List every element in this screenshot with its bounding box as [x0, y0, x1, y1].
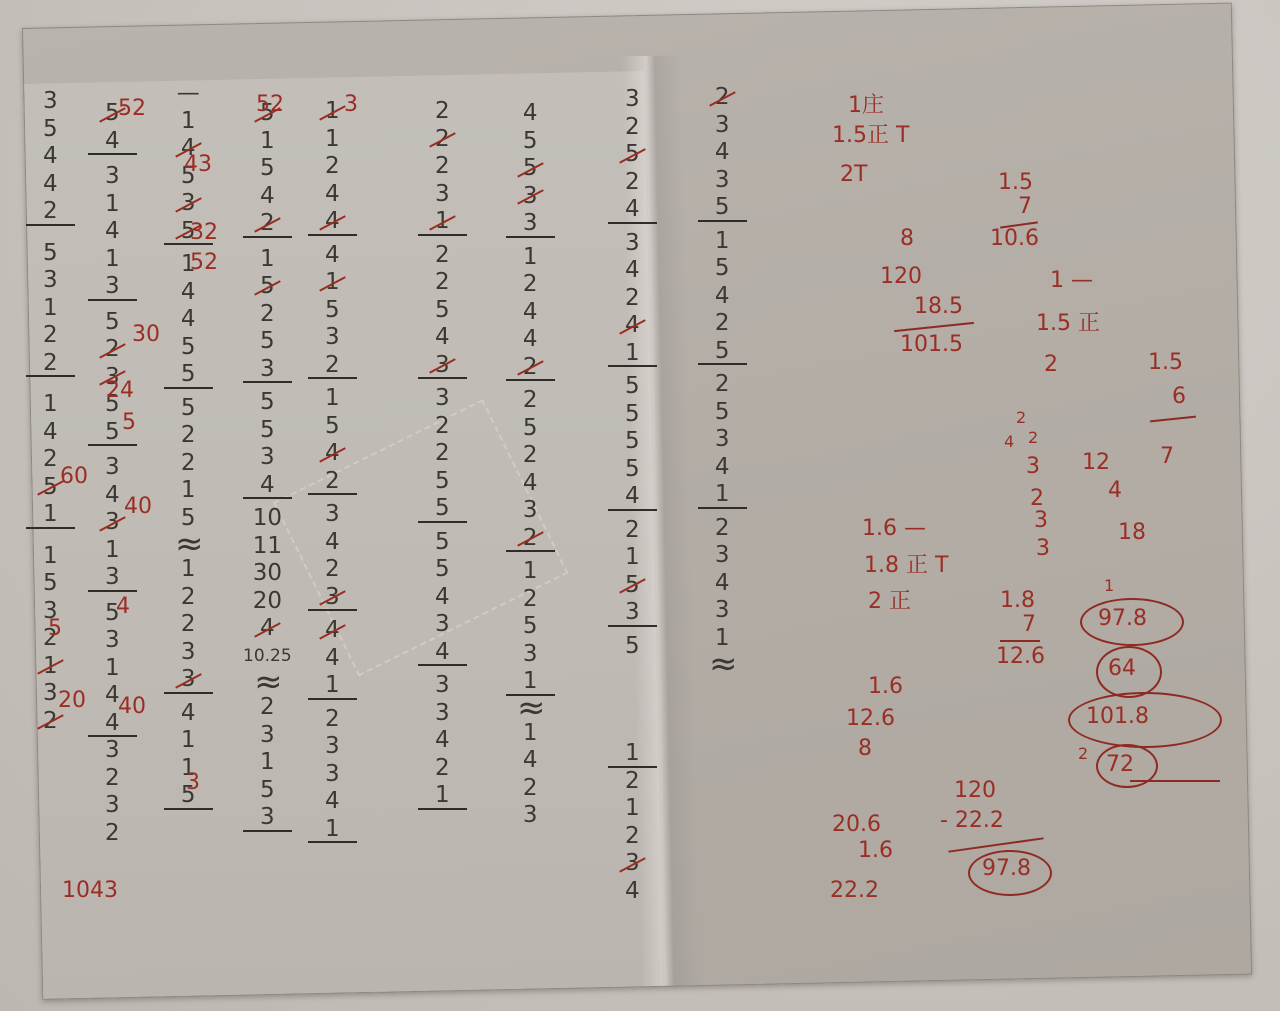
digit: 5 [322, 297, 343, 325]
digit: 5 [622, 141, 643, 169]
digit: 1 [40, 391, 61, 419]
calc-line: 10.6 [990, 226, 1039, 251]
tally-line: 1.6 — [862, 516, 926, 541]
digit: 4 [520, 100, 541, 128]
digit: 5 [622, 572, 643, 600]
digit: 3 [322, 584, 343, 612]
digit: 2 [257, 210, 278, 238]
calc-line: 2 [1016, 408, 1026, 427]
calc-line: 8 [900, 226, 914, 251]
digit: 1 [102, 191, 123, 219]
digit: 4 [322, 242, 343, 270]
digit: 2 [322, 556, 343, 584]
digit: 1 [102, 655, 123, 683]
digit: 2 [102, 820, 123, 848]
digit: 3 [322, 733, 343, 761]
digit: 3 [622, 86, 643, 114]
digit: 1 [178, 556, 199, 584]
digit: 5 [712, 338, 733, 366]
digit: 2 [178, 450, 199, 478]
score-column-4: 5 1 5 4 2 1 5 2 5 3 5 5 3 4 10 11 30 20 … [240, 100, 295, 832]
digit: 2 [322, 153, 343, 181]
digit: 3 [520, 210, 541, 238]
digit: 4 [257, 615, 278, 643]
calc-line: 120 [880, 264, 922, 289]
digit: 5 [257, 417, 278, 445]
calc-line: 101.5 [900, 332, 963, 357]
digit: 1 [257, 749, 278, 777]
digit: 2 [520, 775, 541, 803]
calc-line: 1.8 [1000, 588, 1035, 613]
score-column-7: 4 5 5 3 3 1 2 4 4 2 2 5 2 4 3 2 1 2 5 3 … [514, 100, 547, 830]
tally-line: 2T [840, 162, 867, 187]
digit: 4 [322, 788, 343, 816]
digit: 4 [712, 139, 733, 167]
digit: 5 [712, 399, 733, 427]
score-column-6: 2 2 2 3 1 2 2 5 4 3 3 2 2 5 5 5 5 4 3 4 … [432, 98, 453, 810]
red-mark: 20 [58, 688, 86, 713]
digit: 3 [178, 666, 199, 694]
digit: 4 [520, 326, 541, 354]
calc-line: 2 [1028, 428, 1038, 447]
tally-line: 2 [1044, 352, 1058, 377]
totals-side: 2 [1078, 744, 1088, 763]
digit: 2 [712, 310, 733, 338]
digit: 5 [40, 116, 61, 144]
digit: 3 [622, 230, 643, 258]
digit: 3 [712, 167, 733, 195]
digit: 5 [178, 395, 199, 423]
digit: 5 [432, 495, 453, 523]
red-mark: 30 [132, 322, 160, 347]
digit: 3 [102, 737, 123, 765]
digit: 1 [40, 501, 61, 529]
digit: 4 [432, 639, 453, 667]
digit: 1 [257, 128, 278, 156]
digit: 3 [102, 627, 123, 655]
totals-top: 1 [1104, 576, 1114, 595]
digit: 4 [178, 306, 199, 334]
digit: 2 [712, 515, 733, 543]
digit: 1 [520, 720, 541, 748]
digit: 1 [622, 740, 643, 768]
digit: 3 [322, 501, 343, 529]
score-column-5: 1 1 2 4 4 4 1 5 3 2 1 5 4 2 3 4 2 3 4 4 … [322, 98, 343, 843]
digit: 4 [102, 482, 123, 510]
digit: 3 [520, 497, 541, 525]
digit: 1 [40, 653, 61, 681]
calc-line: 7 [1018, 194, 1032, 219]
red-mark: 3 [344, 92, 358, 117]
digit: 3 [102, 564, 123, 592]
digit: 4 [257, 183, 278, 211]
digit: 4 [712, 570, 733, 598]
tally-line: 1.5 正 [1036, 306, 1100, 337]
tally-line: 1庄 [848, 88, 884, 119]
digit: 4 [322, 208, 343, 236]
digit: 1 [322, 385, 343, 413]
wave-divider-icon: ≈ [514, 696, 547, 720]
digit: 1 [102, 246, 123, 274]
digit: 3 [622, 850, 643, 878]
digit: 2 [178, 611, 199, 639]
red-mark: 60 [60, 464, 88, 489]
digit: 3 [322, 324, 343, 352]
digit: 2 [520, 525, 541, 553]
digit: 2 [432, 440, 453, 468]
digit: 4 [622, 312, 643, 340]
digit: 4 [322, 645, 343, 673]
calc-line: 1.6 [868, 674, 903, 699]
digit: 2 [102, 765, 123, 793]
digit: 1 [432, 782, 453, 810]
digit: 3 [432, 181, 453, 209]
score-column-3: — 1 4 5 3 5 1 4 4 5 5 5 2 2 1 5 ≈ 1 2 2 … [172, 80, 205, 810]
red-mark: 32 [190, 220, 218, 245]
calc-line: 97.8 [982, 856, 1031, 881]
digit: 5 [178, 361, 199, 389]
digit: 4 [178, 279, 199, 307]
digit: 4 [712, 283, 733, 311]
digit: 3 [40, 267, 61, 295]
digit: 2 [178, 584, 199, 612]
tally-line: 1 — [1050, 268, 1093, 293]
digit: 3 [622, 599, 643, 627]
digit: 5 [712, 255, 733, 283]
digit: 4 [102, 128, 123, 156]
digit: 5 [102, 419, 123, 447]
underline-arrow [1130, 780, 1220, 782]
digit: 3 [432, 611, 453, 639]
digit: 1 [322, 672, 343, 700]
digit: 3 [712, 542, 733, 570]
calc-line: 18 [1118, 520, 1146, 545]
digit: 5 [257, 328, 278, 356]
digit: 4 [622, 257, 643, 285]
digit: 2 [432, 755, 453, 783]
digit: 1 [520, 558, 541, 586]
digit: 1 [322, 126, 343, 154]
tally-line: 1.5正 T [832, 118, 909, 149]
digit: 1 [322, 816, 343, 844]
digit: 2 [520, 586, 541, 614]
calc-line: 22.2 [830, 878, 879, 903]
digit: 1 [432, 208, 453, 236]
digit: 5 [40, 474, 61, 502]
digit: 1 [622, 795, 643, 823]
circled-value: 101.8 [1086, 704, 1149, 729]
digit: 5 [520, 155, 541, 183]
circled-value: 72 [1106, 752, 1134, 777]
red-mark: 4 [116, 594, 130, 619]
digit: 2 [257, 301, 278, 329]
digit: 2 [622, 285, 643, 313]
digit: 1 [178, 108, 199, 136]
digit: 3 [102, 509, 123, 537]
digit: 2 [520, 354, 541, 382]
red-mark: 24 [106, 378, 134, 403]
digit: 2 [40, 350, 61, 378]
calc-line: 6 [1172, 384, 1186, 409]
tally-line: 2 正 [868, 584, 911, 615]
digit: 2 [622, 517, 643, 545]
digit: 5 [178, 334, 199, 362]
digit: 2 [622, 169, 643, 197]
sum-rule [1000, 640, 1040, 642]
digit: 20 [250, 588, 285, 616]
digit: 4 [322, 440, 343, 468]
digit: 1 [622, 544, 643, 572]
digit: 2 [322, 706, 343, 734]
digit: 5 [622, 456, 643, 484]
digit: 1 [712, 228, 733, 256]
digit: 3 [432, 672, 453, 700]
red-mark: 43 [90, 878, 118, 903]
calc-line: 3 [1034, 508, 1048, 533]
calc-side: 4 [1004, 432, 1014, 451]
digit: 5 [622, 428, 643, 456]
digit: 3 [102, 454, 123, 482]
digit: 2 [432, 413, 453, 441]
red-mark: 5 [48, 616, 62, 641]
digit: 4 [322, 617, 343, 645]
digit: 4 [432, 727, 453, 755]
digit: 4 [520, 470, 541, 498]
digit: 5 [40, 570, 61, 598]
calc-line: 1.6 [858, 838, 893, 863]
score-column-8: 3 2 5 2 4 3 4 2 4 1 5 5 5 5 4 2 1 5 3 5 … [622, 86, 643, 905]
digit: 3 [432, 352, 453, 380]
digit: 11 [250, 533, 285, 561]
digit: 5 [520, 128, 541, 156]
digit: 5 [432, 556, 453, 584]
digit: 2 [520, 387, 541, 415]
digit: 5 [322, 413, 343, 441]
tally-line: 1.8 正 T [864, 548, 948, 579]
digit: 5 [622, 401, 643, 429]
digit: 5 [257, 777, 278, 805]
calc-line: 12.6 [846, 706, 895, 731]
digit: 5 [102, 309, 123, 337]
digit: 2 [432, 269, 453, 297]
digit: 5 [432, 297, 453, 325]
red-mark: 3 [186, 770, 200, 795]
digit: 2 [432, 242, 453, 270]
digit: 2 [622, 768, 643, 796]
digit: 3 [520, 641, 541, 669]
digit: 30 [250, 560, 285, 588]
digit: 4 [40, 171, 61, 199]
digit: 5 [520, 415, 541, 443]
red-mark: 52 [118, 96, 146, 121]
digit: 3 [520, 183, 541, 211]
digit: 3 [178, 639, 199, 667]
digit: 4 [432, 584, 453, 612]
digit: 4 [520, 747, 541, 775]
calc-line: 12.6 [996, 644, 1045, 669]
digit: 5 [257, 155, 278, 183]
digit: 1 [322, 269, 343, 297]
red-mark: 5 [122, 410, 136, 435]
digit: 2 [40, 446, 61, 474]
digit: 2 [432, 153, 453, 181]
calc-line: 18.5 [914, 294, 963, 319]
digit: 3 [102, 273, 123, 301]
red-mark: 52 [190, 250, 218, 275]
digit: 3 [257, 722, 278, 750]
digit: 4 [520, 299, 541, 327]
calc-line: 7 [1022, 612, 1036, 637]
digit: 5 [257, 389, 278, 417]
wave-divider-icon: ≈ [706, 652, 739, 676]
digit: 2 [712, 371, 733, 399]
digit: 4 [712, 454, 733, 482]
red-mark: 10 [62, 878, 90, 903]
digit: 2 [622, 114, 643, 142]
digit: 2 [102, 336, 123, 364]
calc-line: - 22.2 [940, 808, 1004, 833]
digit: 3 [712, 426, 733, 454]
digit: 4 [322, 529, 343, 557]
digit: 1 [178, 727, 199, 755]
digit: 2 [712, 84, 733, 112]
digit: 2 [40, 322, 61, 350]
digit: 5 [520, 613, 541, 641]
digit: 3 [102, 792, 123, 820]
score-column-2: 5 4 3 1 4 1 3 5 2 3 5 5 3 4 3 1 3 5 3 1 … [102, 100, 123, 847]
digit: 3 [257, 444, 278, 472]
digit: 4 [257, 472, 278, 500]
digit: 3 [432, 385, 453, 413]
digit: 3 [322, 761, 343, 789]
calc-line: 1.5 [1148, 350, 1183, 375]
digit: 2 [322, 468, 343, 496]
digit: 4 [102, 218, 123, 246]
digit: 10 [250, 505, 285, 533]
digit: 2 [520, 442, 541, 470]
wave-divider-icon: ≈ [172, 532, 205, 556]
digit: 3 [102, 163, 123, 191]
digit: 1 [520, 244, 541, 272]
digit: 2 [257, 694, 278, 722]
digit: 1 [322, 98, 343, 126]
digit: 4 [622, 878, 643, 906]
digit: 5 [622, 633, 643, 661]
digit: 3 [40, 88, 61, 116]
digit: 4 [178, 700, 199, 728]
digit: 1 [257, 246, 278, 274]
digit: 4 [322, 181, 343, 209]
red-mark: 52 [256, 92, 284, 117]
score-column-9: 2 3 4 3 5 1 5 4 2 5 2 5 3 4 1 2 3 4 3 1 … [706, 84, 739, 676]
digit: 5 [432, 529, 453, 557]
digit: 1 [178, 477, 199, 505]
calc-line: 7 [1160, 444, 1174, 469]
digit: 3 [432, 700, 453, 728]
digit: 5 [432, 468, 453, 496]
digit: 3 [520, 802, 541, 830]
digit: 4 [622, 483, 643, 511]
calc-line: 3 [1036, 536, 1050, 561]
digit: 2 [520, 271, 541, 299]
calc-line: 4 [1108, 478, 1122, 503]
digit: 1 [40, 295, 61, 323]
calc-line: 120 [954, 778, 996, 803]
digit: 3 [712, 112, 733, 140]
digit: 1 [40, 543, 61, 571]
digit: — [174, 80, 203, 108]
digit: 5 [622, 373, 643, 401]
calc-line: 20.6 [832, 812, 881, 837]
red-mark: 40 [124, 494, 152, 519]
digit: 2 [178, 422, 199, 450]
digit: 2 [322, 352, 343, 380]
digit: 2 [432, 126, 453, 154]
digit: 2 [432, 98, 453, 126]
wave-divider-icon: ≈ [251, 670, 284, 694]
red-mark: 40 [118, 694, 146, 719]
red-mark: 43 [184, 152, 212, 177]
digit: 2 [40, 198, 61, 226]
calc-line: 8 [858, 736, 872, 761]
digit: 1 [102, 537, 123, 565]
calc-line: 1.5 [998, 170, 1033, 195]
digit: 5 [257, 273, 278, 301]
digit: 1 [712, 481, 733, 509]
digit: 1 [622, 340, 643, 368]
digit: 3 [712, 597, 733, 625]
calc-line: 3 [1026, 454, 1040, 479]
digit: 5 [40, 240, 61, 268]
digit: 2 [622, 823, 643, 851]
digit: 3 [257, 804, 278, 832]
digit: 4 [622, 196, 643, 224]
digit: 3 [178, 190, 199, 218]
digit: 3 [257, 356, 278, 384]
digit: 4 [432, 324, 453, 352]
digit: 4 [40, 419, 61, 447]
digit: 4 [40, 143, 61, 171]
digit: 5 [712, 194, 733, 222]
circled-value: 64 [1108, 656, 1136, 681]
calc-line: 12 [1082, 450, 1110, 475]
circled-value: 97.8 [1098, 606, 1147, 631]
